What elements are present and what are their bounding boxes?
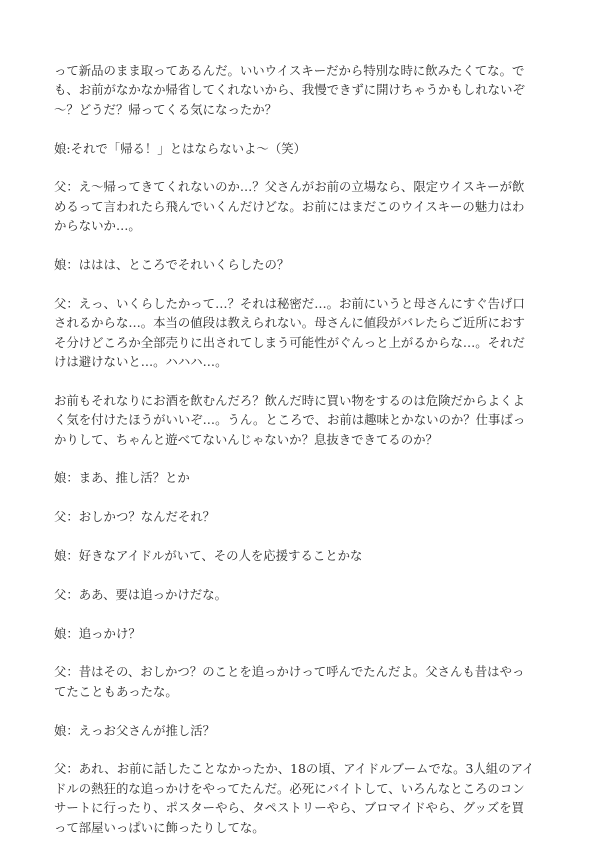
- paragraph-daughter-line: 娘：ははは、ところでそれいくらしたの？: [54, 255, 536, 274]
- paragraph-daughter-line: 娘:それで「帰る！」とはならないよ〜（笑）: [54, 139, 536, 158]
- paragraph-narration-continuation: って新品のまま取ってあるんだ。いいウイスキーだから特別な時に飲みたくてな。でも、…: [54, 61, 536, 119]
- paragraph-father-line: 父：えっ、いくらしたかって…？それは秘密だ…。お前にいうと母さんにすぐ告げ口され…: [54, 294, 536, 372]
- paragraph-daughter-line: 娘：好きなアイドルがいて、その人を応援することかな: [54, 546, 536, 565]
- paragraph-daughter-line: 娘：追っかけ？: [54, 624, 536, 643]
- paragraph-father-line: 父：あれ、お前に話したことなかったか、18の頃、アイドルブームでな。3人組のアイ…: [54, 759, 536, 837]
- paragraph-father-line: 父：え〜帰ってきてくれないのか…？父さんがお前の立場なら、限定ウイスキーが飲める…: [54, 177, 536, 235]
- paragraph-daughter-line: 娘：まあ、推し活？とか: [54, 468, 536, 487]
- paragraph-father-line: 父：おしかつ？なんだそれ？: [54, 507, 536, 526]
- paragraph-father-line: 父：昔はその、おしかつ？のことを追っかけって呼んでたんだよ。父さんも昔はやってた…: [54, 662, 536, 701]
- paragraph-daughter-line: 娘：えっお父さんが推し活？: [54, 721, 536, 740]
- paragraph-father-line-continued: お前もそれなりにお酒を飲むんだろ？飲んだ時に買い物をするのは危険だからよくよく気…: [54, 391, 536, 449]
- paragraph-father-line: 父：ああ、要は追っかけだな。: [54, 585, 536, 604]
- document-page: って新品のまま取ってあるんだ。いいウイスキーだから特別な時に飲みたくてな。でも、…: [54, 61, 536, 837]
